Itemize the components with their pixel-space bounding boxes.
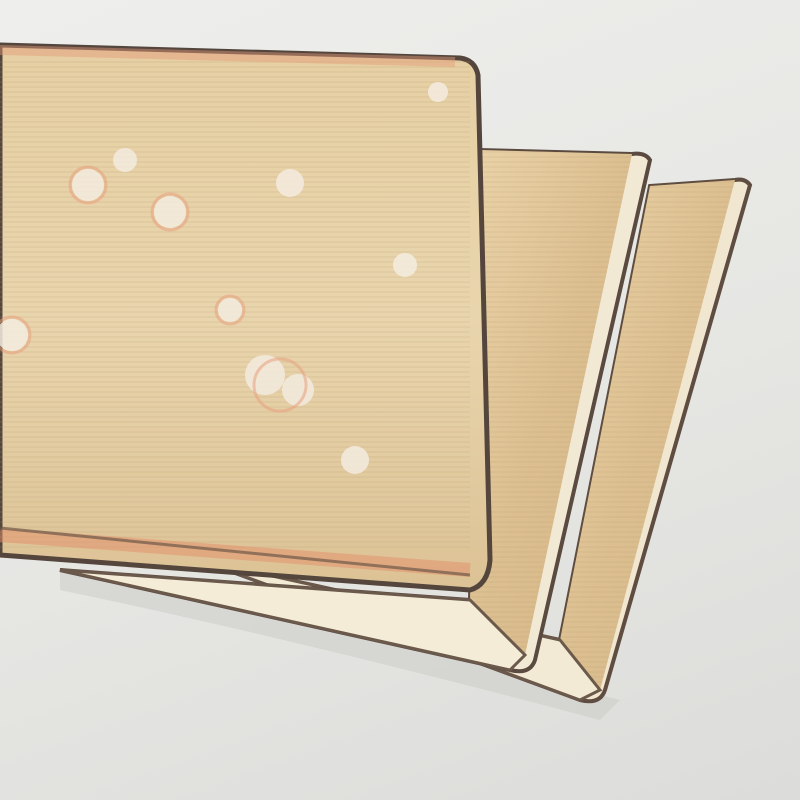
photo-scene: [0, 0, 800, 800]
front-plate: [0, 45, 490, 590]
ceramic-plates-illustration: [0, 0, 800, 800]
